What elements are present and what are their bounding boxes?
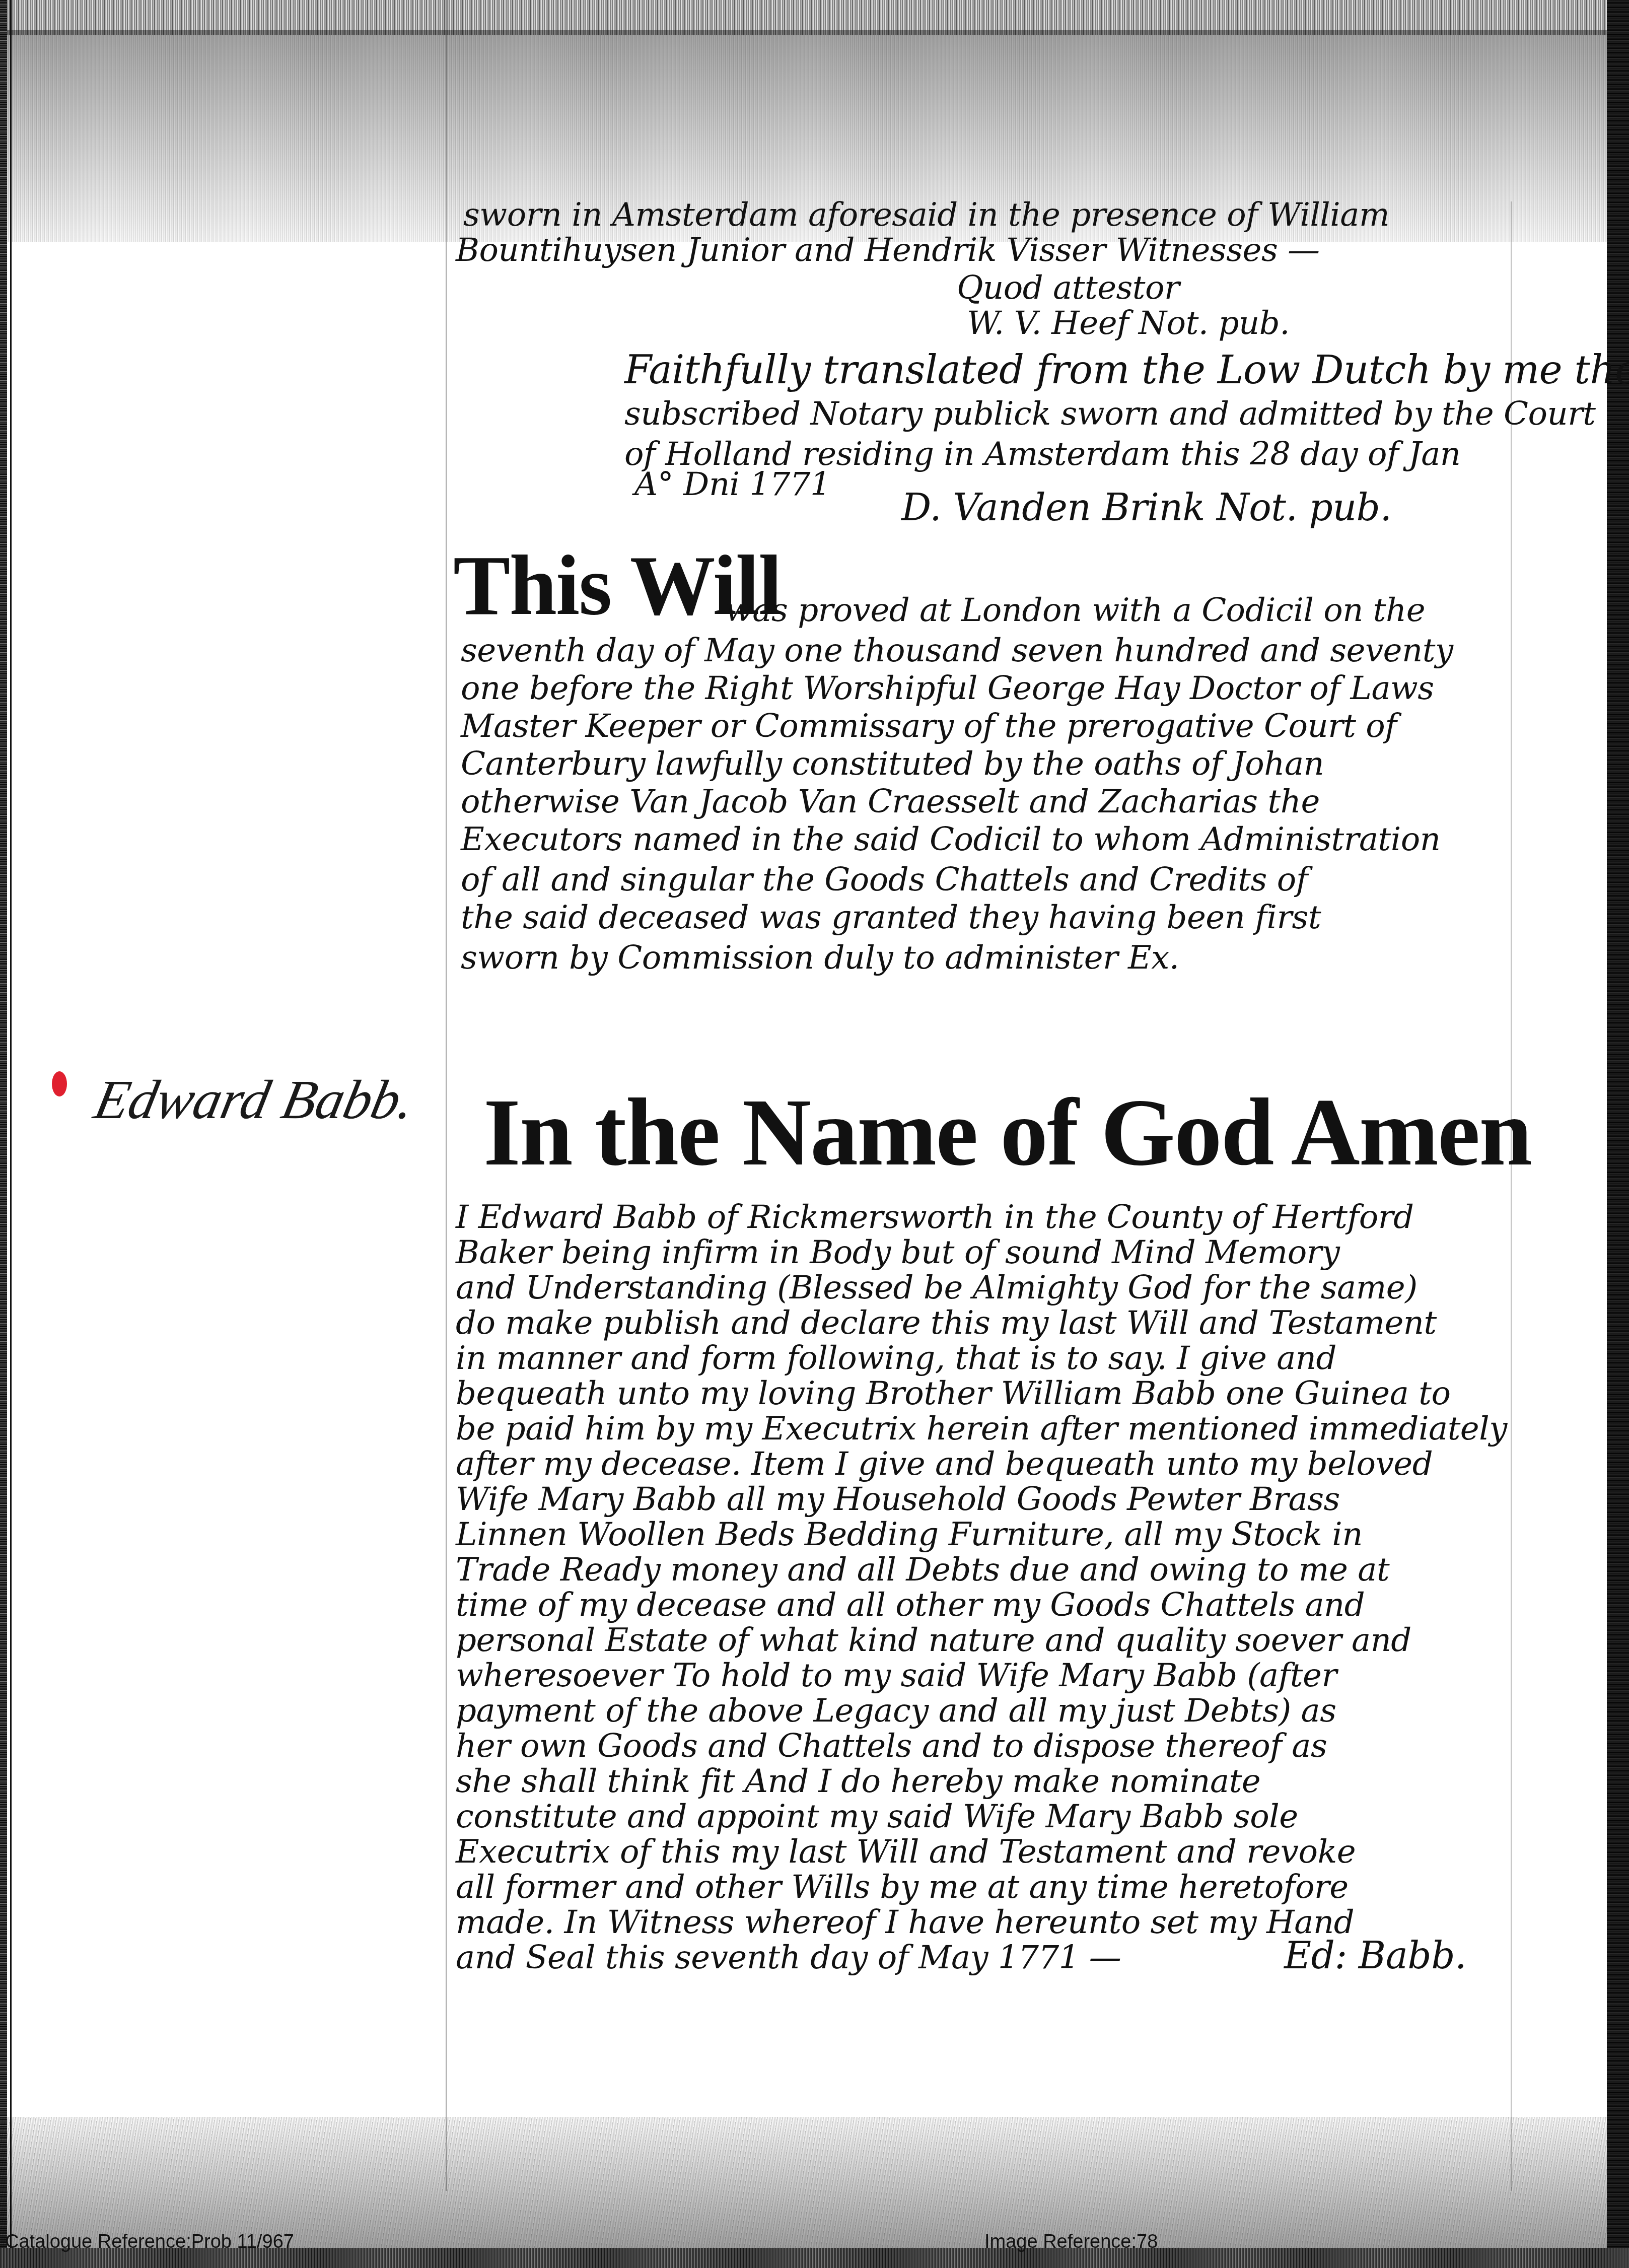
will-line: constitute and appoint my said Wife Mary… (456, 1801, 1298, 1833)
will-line: be paid him by my Executrix herein after… (456, 1413, 1507, 1445)
will-line: after my decease. Item I give and bequea… (456, 1448, 1433, 1480)
image-reference: Image Reference:78 (984, 2231, 1158, 2253)
will-line: Trade Ready money and all Debts due and … (456, 1554, 1389, 1586)
will-line: in manner and form following, that is to… (456, 1342, 1336, 1374)
notary-signature: W. V. Heef Not. pub. (967, 307, 1290, 339)
probate-line: the said deceased was granted they havin… (461, 902, 1321, 934)
translation-line: Faithfully translated from the Low Dutch… (624, 348, 1629, 393)
scan-left-rule (10, 0, 12, 2268)
will-line: made. In Witness whereof I have hereunto… (456, 1906, 1354, 1939)
scan-right-edge (1607, 0, 1629, 2268)
will-line: and Understanding (Blessed be Almighty G… (456, 1272, 1418, 1304)
probate-line: seventh day of May one thousand seven hu… (461, 635, 1453, 667)
will-line: her own Goods and Chattels and to dispos… (456, 1730, 1327, 1762)
scan-bottom-shading (0, 2117, 1607, 2248)
will-line: bequeath unto my loving Brother William … (456, 1378, 1450, 1410)
will-line: time of my decease and all other my Good… (456, 1589, 1365, 1621)
probate-line: sworn by Commission duly to administer E… (461, 942, 1179, 974)
translator-signature: D. Vanden Brink Not. pub. (901, 486, 1391, 529)
right-rule-line (1511, 201, 1512, 2191)
will-line: all former and other Wills by me at any … (456, 1871, 1349, 1903)
will-line: Executrix of this my last Will and Testa… (456, 1836, 1356, 1868)
will-line: do make publish and declare this my last… (456, 1307, 1437, 1339)
probate-line: otherwise Van Jacob Van Craesselt and Za… (461, 786, 1320, 818)
probate-line: one before the Right Worshipful George H… (461, 672, 1434, 705)
will-line: I Edward Babb of Rickmersworth in the Co… (456, 1201, 1413, 1233)
translation-line: A° Dni 1771 (634, 468, 830, 501)
red-marker-dot-icon (52, 1071, 67, 1096)
attestation-line: Bountihuysen Junior and Hendrik Visser W… (456, 234, 1320, 266)
probate-line: was proved at London with a Codicil on t… (725, 594, 1425, 627)
attestation-line: sworn in Amsterdam aforesaid in the pres… (463, 199, 1389, 231)
will-line: and Seal this seventh day of May 1771 — (456, 1942, 1121, 1974)
will-line: Wife Mary Babb all my Household Goods Pe… (456, 1483, 1340, 1516)
probate-line: Master Keeper or Commissary of the prero… (461, 710, 1397, 742)
will-line: payment of the above Legacy and all my j… (456, 1695, 1336, 1727)
will-line: wheresoever To hold to my said Wife Mary… (456, 1660, 1337, 1692)
margin-rule-line (446, 0, 447, 2191)
will-line: Baker being infirm in Body but of sound … (456, 1236, 1340, 1269)
probate-line: Executors named in the said Codicil to w… (461, 823, 1441, 856)
translation-line: subscribed Notary publick sworn and admi… (624, 398, 1596, 430)
scan-left-edge (0, 0, 7, 2268)
probate-line: Canterbury lawfully constituted by the o… (461, 748, 1324, 780)
probate-line: of all and singular the Goods Chattels a… (461, 864, 1308, 896)
testator-signature: Ed: Babb. (1284, 1934, 1466, 1977)
will-line: personal Estate of what kind nature and … (456, 1624, 1411, 1657)
catalogue-reference: Catalogue Reference:Prob 11/967 (5, 2231, 294, 2253)
will-line: she shall think fit And I do hereby make… (456, 1765, 1260, 1798)
will-line: Linnen Woollen Beds Bedding Furniture, a… (456, 1519, 1363, 1551)
will-heading: In the Name of God Amen (483, 1078, 1531, 1188)
margin-testator-name: Edward Babb. (89, 1068, 420, 1132)
quod-attestor: Quod attestor (957, 272, 1179, 304)
scanned-page: sworn in Amsterdam aforesaid in the pres… (0, 0, 1629, 2268)
